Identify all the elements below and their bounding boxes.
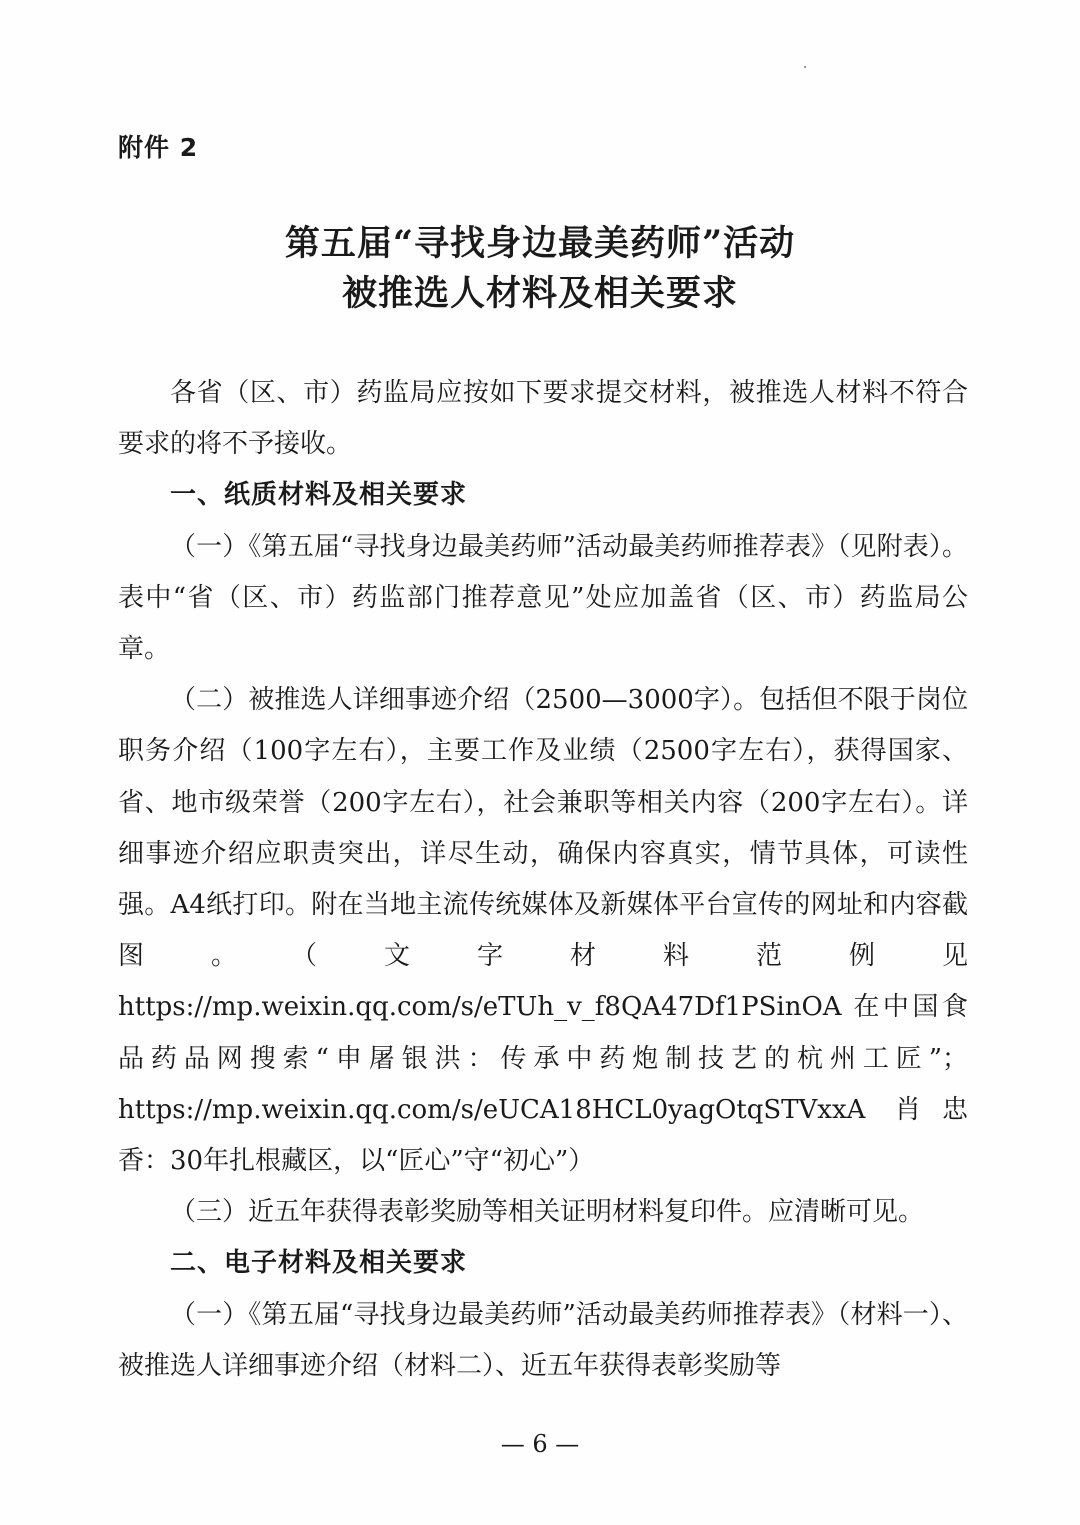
document-title-line1: 第五届“寻找身边最美药师”活动 [0, 216, 1080, 266]
section-heading-electronic: 二、电子材料及相关要求 [118, 1238, 968, 1289]
attachment-label: 附件 2 [118, 128, 198, 164]
paper-item-2: （二）被推选人详细事迹介绍（2500—3000字）。包括但不限于岗位职务介绍（1… [118, 675, 968, 1187]
electronic-item-1: （一）《第五届“寻找身边最美药师”活动最美药师推荐表》（材料一）、被推选人详细事… [118, 1290, 968, 1392]
document-body: 各省（区、市）药监局应按如下要求提交材料，被推选人材料不符合要求的将不予接收。 … [118, 368, 968, 1392]
paper-item-3: （三）近五年获得表彰奖励等相关证明材料复印件。应清晰可见。 [118, 1187, 968, 1238]
document-page: 附件 2 第五届“寻找身边最美药师”活动 被推选人材料及相关要求 各省（区、市）… [0, 0, 1080, 1525]
scan-speck [804, 66, 806, 68]
section-heading-paper: 一、纸质材料及相关要求 [118, 470, 968, 521]
intro-paragraph: 各省（区、市）药监局应按如下要求提交材料，被推选人材料不符合要求的将不予接收。 [118, 368, 968, 470]
page-number: — 6 — [0, 1430, 1080, 1458]
document-title-line2: 被推选人材料及相关要求 [0, 266, 1080, 316]
paper-item-1: （一）《第五届“寻找身边最美药师”活动最美药师推荐表》（见附表）。表中“省（区、… [118, 522, 968, 676]
